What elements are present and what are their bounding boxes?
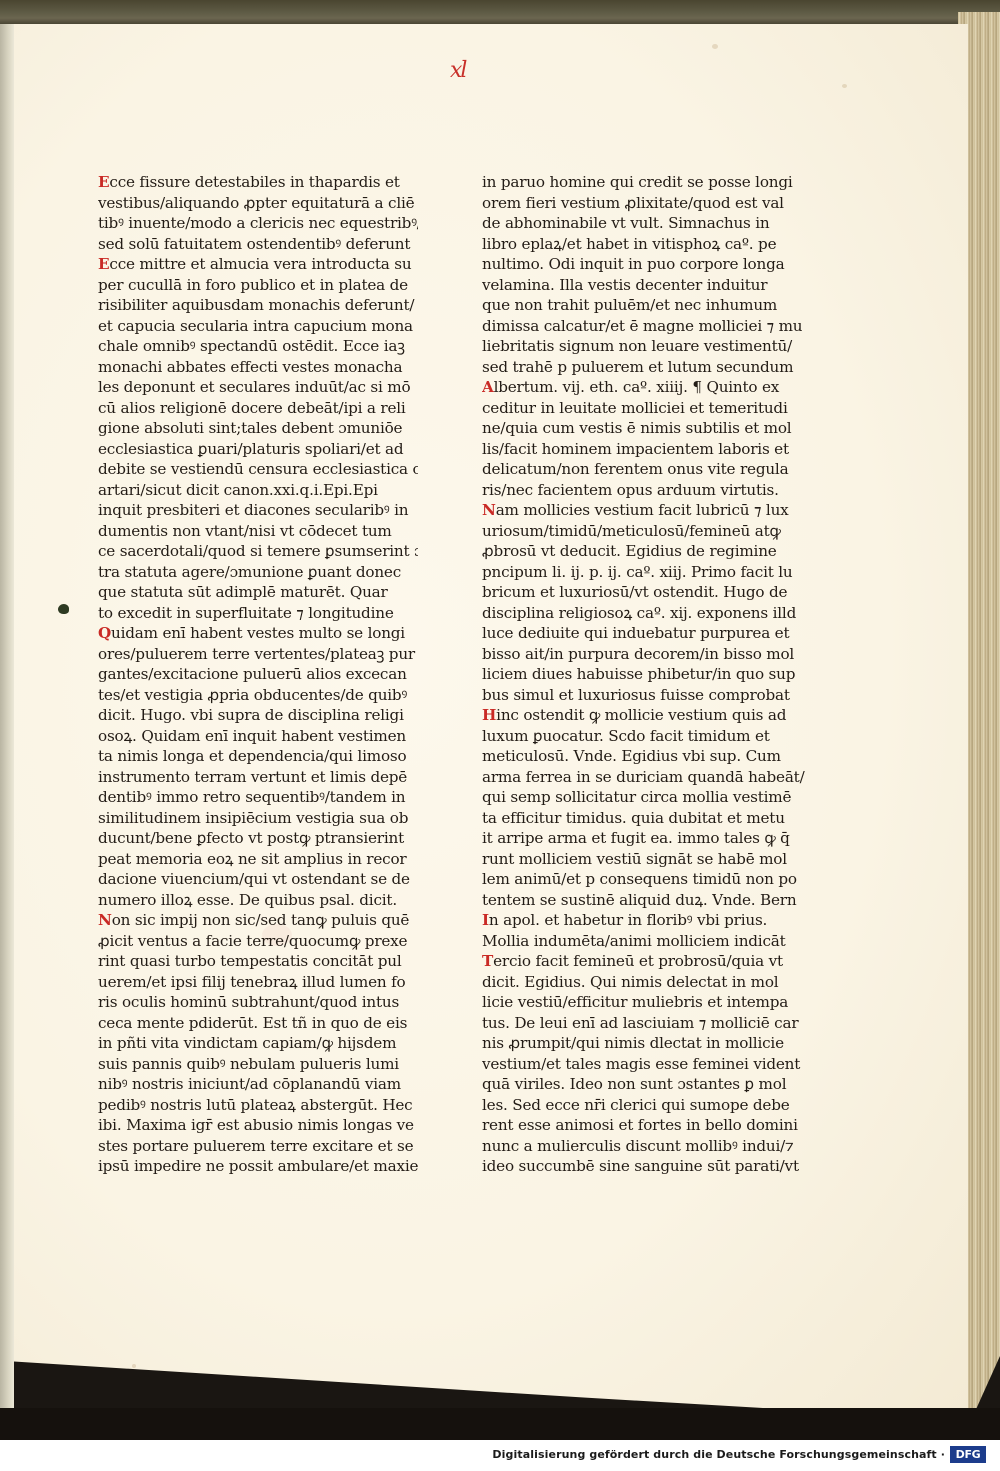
text-line: delicatum/non ferentem onus vite regula	[482, 459, 808, 480]
folio-number: xl	[450, 58, 465, 83]
line-text: ercio facit femineū et probrosū/quia vt	[493, 952, 783, 970]
line-text: tibꝰ inuente/modo a clericis nec equestr…	[98, 214, 418, 232]
line-text: qui semp sollicitatur circa mollia vesti…	[482, 788, 791, 806]
text-line: vestium/et tales magis esse feminei vide…	[482, 1054, 808, 1075]
line-text: lem animū/et p consequens timidū non po	[482, 870, 797, 888]
text-line: ecclesiastica ꝑuari/platuris spoliari/et…	[98, 439, 418, 460]
text-line: sed solū fatuitatem ostendentibꝰ deferun…	[98, 234, 418, 255]
line-text: que non trahit puluēm/et nec inhumum	[482, 296, 777, 314]
line-text: sed solū fatuitatem ostendentibꝰ deferun…	[98, 235, 410, 253]
gutter-shadow	[0, 24, 14, 1440]
text-line: Albertum. vij. eth. caº. xiiij. ¶ Quinto…	[482, 377, 808, 398]
text-line: meticulosū. Vnde. Egidius vbi sup. Cum	[482, 746, 808, 767]
text-line: runt molliciem vestiū signāt se habē mol	[482, 849, 808, 870]
text-line: peat memoria eoꝝ ne sit amplius in recor	[98, 849, 418, 870]
text-line: ce sacerdotali/quod si temere ꝑsumserint…	[98, 541, 418, 562]
rubricated-initial: H	[482, 706, 496, 724]
text-line: orem fieri vestium ꝓlixitate/quod est va…	[482, 193, 808, 214]
line-text: pncipum li. ij. p. ij. caº. xiij. Primo …	[482, 563, 793, 581]
text-line: que statuta sūt adimplē maturēt. Quar	[98, 582, 418, 603]
text-line: Mollia indumēta/animi molliciem indicāt	[482, 931, 808, 952]
line-text: bisso ait/in purpura decorem/in bisso mo…	[482, 645, 794, 663]
line-text: per cucullā in foro publico et in platea…	[98, 276, 408, 294]
text-line: qui semp sollicitatur circa mollia vesti…	[482, 787, 808, 808]
line-text: monachi abbates effecti vestes monacha	[98, 358, 402, 376]
text-line: Ecce fissure detestabiles in thapardis e…	[98, 172, 418, 193]
text-line: per cucullā in foro publico et in platea…	[98, 275, 418, 296]
line-text: rint quasi turbo tempestatis concitāt pu…	[98, 952, 402, 970]
dfg-credit-text: Digitalisierung gefördert durch die Deut…	[492, 1448, 945, 1461]
line-text: arma ferrea in se duriciam quandā habeāt…	[482, 768, 805, 786]
foxing-spot	[132, 1364, 136, 1368]
text-line: tus. De leui enī ad lasciuiam ⁊ molliciē…	[482, 1013, 808, 1034]
foxing-spot	[712, 44, 718, 49]
line-text: it arripe arma et fugit ea. immo tales ꝙ…	[482, 829, 790, 847]
line-text: licie vestiū/efficitur muliebris et inte…	[482, 993, 788, 1011]
text-line: risibiliter aquibusdam monachis deferunt…	[98, 295, 418, 316]
line-text: rent esse animosi et fortes in bello dom…	[482, 1116, 798, 1134]
text-line: libro eplaꝝ/et habet in vitisphoꝝ caº. p…	[482, 234, 808, 255]
line-text: inquit presbiteri et diacones secularibꝰ…	[98, 501, 408, 519]
ink-blot	[58, 604, 69, 614]
line-text: numero illoꝝ esse. De quibus psal. dicit…	[98, 891, 397, 909]
line-text: nultimo. Odi inquit in puo corpore longa	[482, 255, 784, 273]
line-text: dicit. Hugo. vbi supra de disciplina rel…	[98, 706, 404, 724]
text-line: rent esse animosi et fortes in bello dom…	[482, 1115, 808, 1136]
line-text: stes portare puluerem terre excitare et …	[98, 1137, 413, 1155]
text-line: nultimo. Odi inquit in puo corpore longa	[482, 254, 808, 275]
text-line: debite se vestiendū censura ecclesiastic…	[98, 459, 418, 480]
line-text: dicit. Egidius. Qui nimis delectat in mo…	[482, 973, 778, 991]
line-text: artari/sicut dicit canon.xxi.q.i.Epi.Epi	[98, 481, 378, 499]
text-line: to excedit in superfluitate ⁊ longitudin…	[98, 603, 418, 624]
line-text: uidam enī habent vestes multo se longi	[111, 624, 405, 642]
line-text: nunc a mulierculis discunt mollibꝰ indui…	[482, 1137, 794, 1155]
text-line: ta efficitur timidus. quia dubitat et me…	[482, 808, 808, 829]
bottom-shadow	[0, 1408, 1000, 1440]
line-text: gantes/excitacione puluerū alios excecan	[98, 665, 407, 683]
text-line: similitudinem insipiēcium vestigia sua o…	[98, 808, 418, 829]
text-line: et capucia secularia intra capucium mona	[98, 316, 418, 337]
text-line: suis pannis quibꝰ nebulam pulueris lumi	[98, 1054, 418, 1075]
rubricated-initial: N	[98, 911, 112, 929]
line-text: on sic impij non sic/sed tanꝙ puluis quē	[112, 911, 410, 929]
line-text: runt molliciem vestiū signāt se habē mol	[482, 850, 787, 868]
text-line: ris oculis hominū subtrahunt/quod intus	[98, 992, 418, 1013]
text-line: bus simul et luxuriosus fuisse comprobat	[482, 685, 808, 706]
line-text: ipsū impedire ne possit ambulare/et maxi…	[98, 1157, 418, 1175]
line-text: am mollicies vestium facit lubricū ⁊ lux	[496, 501, 789, 519]
line-text: ꝓicit ventus a facie terre/quocumꝙ prexe	[98, 932, 407, 950]
text-line: licie vestiū/efficitur muliebris et inte…	[482, 992, 808, 1013]
line-text: suis pannis quibꝰ nebulam pulueris lumi	[98, 1055, 399, 1073]
line-text: uerem/et ipsi filij tenebraꝝ illud lumen…	[98, 973, 405, 991]
text-line: ceditur in leuitate molliciei et temerit…	[482, 398, 808, 419]
text-line: ne/quia cum vestis ē nimis subtilis et m…	[482, 418, 808, 439]
text-line: chale omnibꝰ spectandū ostēdit. Ecce iaꝫ	[98, 336, 418, 357]
text-line: nibꝰ nostris iniciunt/ad cōplanandū viam	[98, 1074, 418, 1095]
text-line: In apol. et habetur in floribꝰ vbi prius…	[482, 910, 808, 931]
line-text: que statuta sūt adimplē maturēt. Quar	[98, 583, 388, 601]
rubricated-initial: E	[98, 255, 109, 273]
text-column-left: Ecce fissure detestabiles in thapardis e…	[98, 172, 418, 1177]
line-text: n apol. et habetur in floribꝰ vbi prius.	[489, 911, 767, 929]
text-line: les. Sed ecce nr̄i clerici qui sumope de…	[482, 1095, 808, 1116]
text-line: Nam mollicies vestium facit lubricū ⁊ lu…	[482, 500, 808, 521]
line-text: chale omnibꝰ spectandū ostēdit. Ecce iaꝫ	[98, 337, 405, 355]
line-text: nibꝰ nostris iniciunt/ad cōplanandū viam	[98, 1075, 401, 1093]
line-text: debite se vestiendū censura ecclesiastic…	[98, 460, 418, 478]
rubricated-initial: A	[482, 378, 494, 396]
text-line: tentem se sustinē aliquid duꝝ. Vnde. Ber…	[482, 890, 808, 911]
rubricated-initial: N	[482, 501, 496, 519]
line-text: tentem se sustinē aliquid duꝝ. Vnde. Ber…	[482, 891, 796, 909]
text-line: Tercio facit femineū et probrosū/quia vt	[482, 951, 808, 972]
text-line: ꝓicit ventus a facie terre/quocumꝙ prexe	[98, 931, 418, 952]
text-line: uriosum/timidū/meticulosū/femineū atꝙ	[482, 521, 808, 542]
line-text: les. Sed ecce nr̄i clerici qui sumope de…	[482, 1096, 790, 1114]
text-line: nis ꝓrumpit/qui nimis dlectat in mollici…	[482, 1033, 808, 1054]
rubricated-initial: E	[98, 173, 109, 191]
line-text: risibiliter aquibusdam monachis deferunt…	[98, 296, 414, 314]
text-line: tibꝰ inuente/modo a clericis nec equestr…	[98, 213, 418, 234]
text-line: luce dediuite qui induebatur purpurea et	[482, 623, 808, 644]
text-line: lis/facit hominem impacientem laboris et	[482, 439, 808, 460]
line-text: ceditur in leuitate molliciei et temerit…	[482, 399, 788, 417]
line-text: tus. De leui enī ad lasciuiam ⁊ molliciē…	[482, 1014, 798, 1032]
text-line: in pñti vita vindictam capiam/ꝙ hijsdem	[98, 1033, 418, 1054]
text-line: Hinc ostendit ꝙ mollicie vestium quis ad	[482, 705, 808, 726]
text-line: gione absoluti sint;tales debent ɔmuniōe	[98, 418, 418, 439]
line-text: ris/nec facientem opus arduum virtutis.	[482, 481, 779, 499]
line-text: gione absoluti sint;tales debent ɔmuniōe	[98, 419, 402, 437]
text-line: les deponunt et seculares induūt/ac si m…	[98, 377, 418, 398]
text-line: ores/puluerem terre vertentes/plateaꝫ pu…	[98, 644, 418, 665]
text-line: rint quasi turbo tempestatis concitāt pu…	[98, 951, 418, 972]
text-line: uerem/et ipsi filij tenebraꝝ illud lumen…	[98, 972, 418, 993]
text-line: sed trahē p puluerem et lutum secundum	[482, 357, 808, 378]
line-text: Mollia indumēta/animi molliciem indicāt	[482, 932, 786, 950]
text-line: bricum et luxuriosū/vt ostendit. Hugo de	[482, 582, 808, 603]
line-text: ores/puluerem terre vertentes/plateaꝫ pu…	[98, 645, 415, 663]
top-binding-edge	[0, 0, 1000, 26]
line-text: ideo succumbē sine sanguine sūt parati/v…	[482, 1157, 799, 1175]
text-line: ipsū impedire ne possit ambulare/et maxi…	[98, 1156, 418, 1177]
text-line: cū alios religionē docere debeāt/ipi a r…	[98, 398, 418, 419]
line-text: quā viriles. Ideo non sunt ɔstantes ꝑ mo…	[482, 1075, 786, 1093]
line-text: liciem diues habuisse phibetur/in quo su…	[482, 665, 795, 683]
text-line: velamina. Illa vestis decenter induitur	[482, 275, 808, 296]
line-text: in pñti vita vindictam capiam/ꝙ hijsdem	[98, 1034, 396, 1052]
text-line: ꝓbrosū vt deducit. Egidius de regimine	[482, 541, 808, 562]
line-text: ris oculis hominū subtrahunt/quod intus	[98, 993, 399, 1011]
text-line: Quidam enī habent vestes multo se longi	[98, 623, 418, 644]
text-line: de abhominabile vt vult. Simnachus in	[482, 213, 808, 234]
line-text: sed trahē p puluerem et lutum secundum	[482, 358, 793, 376]
text-column-right: in paruo homine qui credit se posse long…	[482, 172, 808, 1177]
line-text: inc ostendit ꝙ mollicie vestium quis ad	[496, 706, 786, 724]
text-line: in paruo homine qui credit se posse long…	[482, 172, 808, 193]
text-line: ris/nec facientem opus arduum virtutis.	[482, 480, 808, 501]
text-line: inquit presbiteri et diacones secularibꝰ…	[98, 500, 418, 521]
text-line: dacione viuencium/qui vt ostendant se de	[98, 869, 418, 890]
line-text: luxum ꝑuocatur. Scdo facit timidum et	[482, 727, 770, 745]
line-text: lis/facit hominem impacientem laboris et	[482, 440, 789, 458]
text-line: tra statuta agere/ɔmunione ꝑuant donec	[98, 562, 418, 583]
text-line: dicit. Egidius. Qui nimis delectat in mo…	[482, 972, 808, 993]
line-text: pedibꝰ nostris lutū plateaꝝ abstergūt. H…	[98, 1096, 412, 1114]
text-line: nunc a mulierculis discunt mollibꝰ indui…	[482, 1136, 808, 1157]
line-text: tra statuta agere/ɔmunione ꝑuant donec	[98, 563, 401, 581]
line-text: ce sacerdotali/quod si temere ꝑsumserint…	[98, 542, 418, 560]
rubricated-initial: T	[482, 952, 493, 970]
footer-bar: Digitalisierung gefördert durch die Deut…	[0, 1440, 1000, 1471]
line-text: de abhominabile vt vult. Simnachus in	[482, 214, 770, 232]
text-line: artari/sicut dicit canon.xxi.q.i.Epi.Epi	[98, 480, 418, 501]
line-text: ibi. Maxima igr̄ est abusio nimis longas…	[98, 1116, 414, 1134]
line-text: ducunt/bene ꝑfecto vt postꝙ ptransierint	[98, 829, 404, 847]
text-line: Ecce mittre et almucia vera introducta s…	[98, 254, 418, 275]
line-text: luce dediuite qui induebatur purpurea et	[482, 624, 789, 642]
line-text: velamina. Illa vestis decenter induitur	[482, 276, 767, 294]
line-text: dimissa calcatur/et ē magne molliciei ⁊ …	[482, 317, 802, 335]
rubricated-initial: I	[482, 911, 489, 929]
line-text: ta nimis longa et dependencia/qui limoso	[98, 747, 406, 765]
rubricated-initial: Q	[98, 624, 111, 642]
line-text: ceca mente pdiderūt. Est tñ in quo de ei…	[98, 1014, 407, 1032]
text-line: gantes/excitacione puluerū alios excecan	[98, 664, 418, 685]
text-line: vestibus/aliquando ꝓpter equitaturā a cl…	[98, 193, 418, 214]
text-line: it arripe arma et fugit ea. immo tales ꝙ…	[482, 828, 808, 849]
text-line: dicit. Hugo. vbi supra de disciplina rel…	[98, 705, 418, 726]
line-text: to excedit in superfluitate ⁊ longitudin…	[98, 604, 394, 622]
line-text: vestium/et tales magis esse feminei vide…	[482, 1055, 800, 1073]
text-line: arma ferrea in se duriciam quandā habeāt…	[482, 767, 808, 788]
text-line: luxum ꝑuocatur. Scdo facit timidum et	[482, 726, 808, 747]
text-line: osoꝝ. Quidam enī inquit habent vestimen	[98, 726, 418, 747]
line-text: les deponunt et seculares induūt/ac si m…	[98, 378, 410, 396]
text-line: lem animū/et p consequens timidū non po	[482, 869, 808, 890]
line-text: uriosum/timidū/meticulosū/femineū atꝙ	[482, 522, 781, 540]
line-text: dumentis non vtant/nisi vt cōdecet tum	[98, 522, 392, 540]
text-line: ibi. Maxima igr̄ est abusio nimis longas…	[98, 1115, 418, 1136]
text-line: numero illoꝝ esse. De quibus psal. dicit…	[98, 890, 418, 911]
text-line: tes/et vestigia ꝓpria obducentes/de quib…	[98, 685, 418, 706]
line-text: similitudinem insipiēcium vestigia sua o…	[98, 809, 408, 827]
text-line: que non trahit puluēm/et nec inhumum	[482, 295, 808, 316]
line-text: ecclesiastica ꝑuari/platuris spoliari/et…	[98, 440, 403, 458]
line-text: dacione viuencium/qui vt ostendant se de	[98, 870, 410, 888]
line-text: ꝓbrosū vt deducit. Egidius de regimine	[482, 542, 777, 560]
line-text: cū alios religionē docere debeāt/ipi a r…	[98, 399, 406, 417]
line-text: cce mittre et almucia vera introducta su	[109, 255, 411, 273]
line-text: nis ꝓrumpit/qui nimis dlectat in mollici…	[482, 1034, 784, 1052]
line-text: bus simul et luxuriosus fuisse comprobat	[482, 686, 790, 704]
text-line: bisso ait/in purpura decorem/in bisso mo…	[482, 644, 808, 665]
text-line: liciem diues habuisse phibetur/in quo su…	[482, 664, 808, 685]
line-text: vestibus/aliquando ꝓpter equitaturā a cl…	[98, 194, 414, 212]
text-line: pedibꝰ nostris lutū plateaꝝ abstergūt. H…	[98, 1095, 418, 1116]
line-text: et capucia secularia intra capucium mona	[98, 317, 413, 335]
line-text: tes/et vestigia ꝓpria obducentes/de quib…	[98, 686, 407, 704]
text-line: stes portare puluerem terre excitare et …	[98, 1136, 418, 1157]
line-text: ta efficitur timidus. quia dubitat et me…	[482, 809, 785, 827]
line-text: cce fissure detestabiles in thapardis et	[109, 173, 399, 191]
line-text: meticulosū. Vnde. Egidius vbi sup. Cum	[482, 747, 781, 765]
text-line: disciplina religiosoꝝ caº. xij. exponens…	[482, 603, 808, 624]
line-text: osoꝝ. Quidam enī inquit habent vestimen	[98, 727, 406, 745]
line-text: in paruo homine qui credit se posse long…	[482, 173, 793, 191]
line-text: ne/quia cum vestis ē nimis subtilis et m…	[482, 419, 791, 437]
text-line: instrumento terram vertunt et limis depē	[98, 767, 418, 788]
text-line: monachi abbates effecti vestes monacha	[98, 357, 418, 378]
text-line: ducunt/bene ꝑfecto vt postꝙ ptransierint	[98, 828, 418, 849]
dfg-logo: DFG	[950, 1446, 986, 1463]
line-text: delicatum/non ferentem onus vite regula	[482, 460, 788, 478]
text-line: ta nimis longa et dependencia/qui limoso	[98, 746, 418, 767]
text-line: dimissa calcatur/et ē magne molliciei ⁊ …	[482, 316, 808, 337]
text-line: quā viriles. Ideo non sunt ɔstantes ꝑ mo…	[482, 1074, 808, 1095]
line-text: liebritatis signum non leuare vestimentū…	[482, 337, 792, 355]
line-text: peat memoria eoꝝ ne sit amplius in recor	[98, 850, 406, 868]
line-text: instrumento terram vertunt et limis depē	[98, 768, 407, 786]
text-line: dentibꝰ immo retro sequentibꝰ/tandem in	[98, 787, 418, 808]
line-text: libro eplaꝝ/et habet in vitisphoꝝ caº. p…	[482, 235, 776, 253]
text-line: ideo succumbē sine sanguine sūt parati/v…	[482, 1156, 808, 1177]
foxing-spot	[842, 84, 847, 88]
text-line: Non sic impij non sic/sed tanꝙ puluis qu…	[98, 910, 418, 931]
line-text: bricum et luxuriosū/vt ostendit. Hugo de	[482, 583, 787, 601]
line-text: lbertum. vij. eth. caº. xiiij. ¶ Quinto …	[494, 378, 780, 396]
line-text: dentibꝰ immo retro sequentibꝰ/tandem in	[98, 788, 405, 806]
text-line: dumentis non vtant/nisi vt cōdecet tum	[98, 521, 418, 542]
line-text: orem fieri vestium ꝓlixitate/quod est va…	[482, 194, 784, 212]
text-line: pncipum li. ij. p. ij. caº. xiij. Primo …	[482, 562, 808, 583]
text-line: ceca mente pdiderūt. Est tñ in quo de ei…	[98, 1013, 418, 1034]
line-text: disciplina religiosoꝝ caº. xij. exponens…	[482, 604, 796, 622]
book-scan: xl Ecce fissure detestabiles in thapardi…	[0, 0, 1000, 1440]
text-line: liebritatis signum non leuare vestimentū…	[482, 336, 808, 357]
